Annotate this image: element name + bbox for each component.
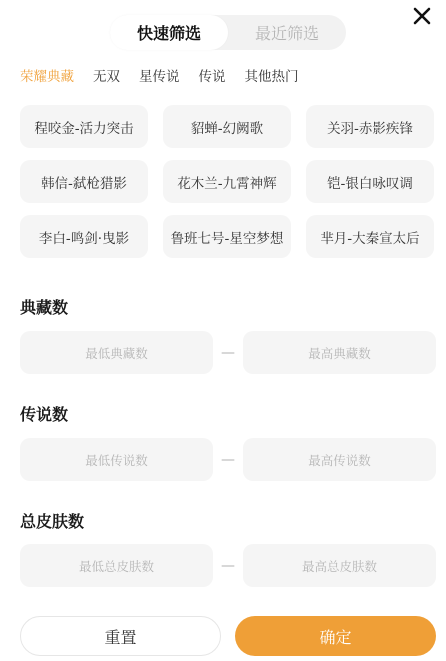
legend-count-title: 传说数 [20, 402, 68, 425]
skin-chip[interactable]: 李白-鸣剑·曳影 [20, 215, 148, 258]
min-total-skin-input[interactable]: 最低总皮肤数 [20, 544, 213, 587]
collection-count-title: 典藏数 [20, 295, 68, 318]
skin-chip[interactable]: 芈月-大秦宣太后 [306, 215, 434, 258]
category-tabs: 荣耀典藏 无双 星传说 传说 其他热门 [20, 68, 318, 86]
min-legend-input[interactable]: 最低传说数 [20, 438, 213, 481]
skin-chip[interactable]: 程咬金-活力突击 [20, 105, 148, 148]
category-tab-legend[interactable]: 传说 [199, 68, 226, 86]
range-separator: — [213, 558, 243, 574]
max-legend-input[interactable]: 最高传说数 [243, 438, 436, 481]
skin-chip-grid: 程咬金-活力突击 貂蝉-幻阙歌 关羽-赤影疾锋 韩信-弑枪猎影 花木兰-九霄神辉… [20, 105, 436, 258]
skin-chip[interactable]: 貂蝉-幻阙歌 [163, 105, 291, 148]
skin-chip[interactable]: 韩信-弑枪猎影 [20, 160, 148, 203]
skin-chip[interactable]: 花木兰-九霄神辉 [163, 160, 291, 203]
skin-chip[interactable]: 关羽-赤影疾锋 [306, 105, 434, 148]
close-button[interactable] [410, 4, 434, 28]
filter-mode-switch: 快速筛选 最近筛选 [110, 15, 346, 50]
max-collection-input[interactable]: 最高典藏数 [243, 331, 436, 374]
category-tab-glory-collection[interactable]: 荣耀典藏 [20, 68, 74, 86]
reset-button[interactable]: 重置 [20, 616, 221, 656]
close-icon [410, 4, 434, 28]
collection-count-range: 最低典藏数 — 最高典藏数 [20, 331, 436, 374]
range-separator: — [213, 452, 243, 468]
skin-chip[interactable]: 铠-银白咏叹调 [306, 160, 434, 203]
category-tab-wushuang[interactable]: 无双 [93, 68, 120, 86]
legend-count-range: 最低传说数 — 最高传说数 [20, 438, 436, 481]
total-skin-count-title: 总皮肤数 [20, 509, 84, 532]
confirm-button[interactable]: 确定 [235, 616, 436, 656]
range-separator: — [213, 345, 243, 361]
min-collection-input[interactable]: 最低典藏数 [20, 331, 213, 374]
tab-quick-filter[interactable]: 快速筛选 [110, 15, 228, 50]
total-skin-count-range: 最低总皮肤数 — 最高总皮肤数 [20, 544, 436, 587]
skin-chip[interactable]: 鲁班七号-星空梦想 [163, 215, 291, 258]
category-tab-other-hot[interactable]: 其他热门 [245, 68, 299, 86]
category-tab-star-legend[interactable]: 星传说 [139, 68, 180, 86]
tab-recent-filter[interactable]: 最近筛选 [228, 15, 346, 50]
max-total-skin-input[interactable]: 最高总皮肤数 [243, 544, 436, 587]
